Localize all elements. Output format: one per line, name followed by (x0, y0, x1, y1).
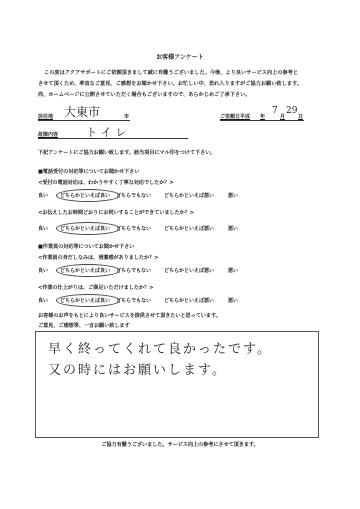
option-bad[interactable]: 悪い (228, 297, 238, 304)
option-somewhat-bad[interactable]: どちらかといえば悪い (164, 225, 228, 232)
city-suffix: 市 (124, 113, 129, 120)
address-value: 大東市 (64, 103, 100, 120)
date-underline (220, 120, 304, 121)
document-title: お客様アンケート (0, 52, 360, 61)
comment-line-2: 又の時にはお願いします。 (48, 359, 227, 378)
option-neutral[interactable]: どちらでもない (116, 192, 164, 199)
year-suffix: 年 (260, 113, 265, 120)
option-bad[interactable]: 悪い (228, 225, 238, 232)
comment-line-1: 早く終ってくれて良かったです。 (48, 338, 272, 357)
intro-line-2: させて頂くため、率直なご意見、ご感想をお聞かせ下さい。お忙しい中、恐れ入りますが… (38, 80, 302, 87)
instruction-text: 下記アンケートにご協力お願い致します。該当項目にマル印をつけて下さい。 (38, 151, 215, 156)
option-somewhat-good[interactable]: どちらかといえば良い (60, 192, 116, 199)
comment-box[interactable]: 早く終ってくれて良かったです。 又の時にはお願いします。 (35, 331, 319, 438)
question-phone-courtesy: <受付の電話対応は、わかりやすく丁寧な対応でしたか？> (38, 181, 174, 186)
month-suffix: 月 (280, 113, 285, 120)
address-underline (38, 120, 130, 121)
answer-row-work-quality: 良い どちらかといえば良い どちらでもない どちらかといえば悪い 悪い (38, 297, 238, 304)
option-somewhat-bad[interactable]: どちらかといえば悪い (164, 192, 228, 199)
option-neutral[interactable]: どちらでもない (116, 225, 164, 232)
option-somewhat-bad[interactable]: どちらかといえば悪い (164, 267, 228, 274)
section-heading-phone: ■電話受付の対応等についてお聞かせ下さい (38, 170, 139, 175)
option-somewhat-bad[interactable]: どちらかといえば悪い (164, 297, 228, 304)
section-heading-worker: ■作業員の対応等についてお聞かせ下さい (38, 245, 134, 250)
option-neutral[interactable]: どちらでもない (116, 267, 164, 274)
answer-row-phone-courtesy: 良い どちらかといえば良い どちらでもない どちらかといえば悪い 悪い (38, 192, 238, 199)
answer-row-arrival-time: 良い どちらかといえば良い どちらでもない どちらかといえば悪い 悪い (38, 225, 238, 232)
intro-line-3: 尚、ホームページに公開させていただく場合もございますので、あらかじめご了承下さい… (38, 91, 250, 98)
option-somewhat-good[interactable]: どちらかといえば良い (60, 225, 116, 232)
option-neutral[interactable]: どちらでもない (116, 297, 164, 304)
option-bad[interactable]: 悪い (228, 267, 238, 274)
answer-row-worker-appearance: 良い どちらかといえば良い どちらでもない どちらかといえば悪い 悪い (38, 267, 238, 274)
footer-thanks: ご協力有難うございました。サービス向上の参考にさせて頂きます。 (0, 443, 360, 448)
option-bad[interactable]: 悪い (228, 192, 238, 199)
era-label: 平成 (240, 113, 250, 120)
comment-prompt-1: お客様のお声をもとにより良いサービスを提供させて頂きたいと思っています。 (38, 314, 221, 319)
month-value: 7 (272, 106, 278, 116)
comment-prompt-2: ご意見、ご感想等、一言お願い致します (38, 324, 130, 329)
issue-underline (38, 138, 188, 139)
address-label: 居住地 (38, 113, 53, 120)
day-suffix: 日 (298, 113, 303, 120)
option-somewhat-good[interactable]: どちらかといえば良い (60, 267, 116, 274)
intro-line-1: この度はアクアサポートにご依頼頂きまして誠に有難うございました。今後、より良いサ… (44, 69, 298, 76)
question-work-quality: <作業の仕上がりは、ご満足いただけましたか？> (38, 286, 153, 291)
issue-label: 故障内容 (38, 131, 58, 138)
request-date-label: ご依頼日 (220, 113, 240, 120)
day-value: 29 (286, 106, 297, 116)
option-somewhat-good[interactable]: どちらかといえば良い (60, 297, 116, 304)
question-arrival-time: <お伝えしたお時間どおりにお伺いすることができていましたか？> (38, 211, 194, 216)
question-worker-appearance: <作業員の身だしなみは、清潔感がありましたか？> (38, 256, 158, 261)
